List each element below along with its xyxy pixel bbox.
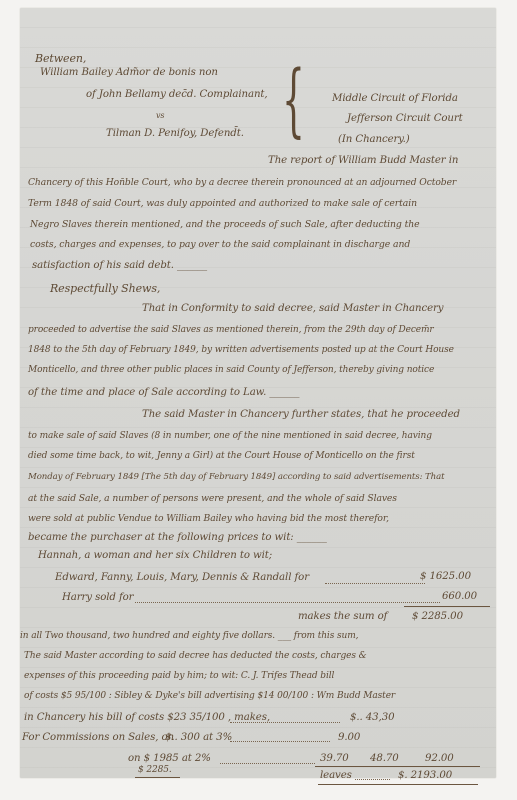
leader-dots	[230, 722, 340, 723]
deduction-line: in all Two thousand, two hundred and eig…	[20, 632, 358, 641]
body-line: The report of William Budd Master in	[268, 156, 458, 166]
commission-second-basis: on $ 1985 at 2%	[128, 754, 211, 764]
commission-label: For Commissions on Sales, on	[22, 733, 174, 743]
deduction-line: expenses of this proceeding paid by him;…	[24, 672, 334, 681]
leader-dots	[355, 779, 390, 780]
body-line: to make sale of said Slaves (8 in number…	[28, 432, 432, 441]
body-line: Monday of February 1849 [The 5th day of …	[28, 473, 444, 482]
body-line: of the time and place of Sale according …	[28, 388, 299, 398]
final-rule	[318, 784, 478, 785]
leader-dots	[220, 763, 315, 764]
sale-total-amount: $ 2285.00	[412, 612, 463, 622]
sale-item-label: Harry sold for	[62, 593, 133, 603]
court-name-line2: Jefferson Circuit Court	[347, 114, 463, 124]
grand-deduction: 92.00	[425, 754, 454, 764]
basis-rule	[135, 777, 180, 778]
court-name-line1: Middle Circuit of Florida	[332, 94, 458, 104]
deduction-line: of costs $5 95/100 : Sibley & Dyke's bil…	[24, 692, 395, 701]
caption-between: Between,	[35, 53, 86, 64]
sale-item-amount: $ 1625.00	[420, 572, 471, 582]
sale-item-amount: 660.00	[442, 592, 477, 602]
caption-versus: vs	[156, 112, 164, 120]
basis-total: $ 2285.	[138, 766, 172, 775]
respectfully-shews: Respectfully Shews,	[50, 283, 160, 294]
leaves-label: leaves	[320, 771, 352, 781]
costs-amount: $.. 43,30	[350, 713, 394, 723]
body-line: proceeded to advertise the said Slaves a…	[28, 326, 434, 335]
document-page: Between, William Bailey Adm̃or de bonis …	[20, 8, 496, 778]
body-line: became the purchaser at the following pr…	[28, 533, 327, 543]
body-line: Chancery of this Hon̄ble Court, who by a…	[28, 178, 456, 187]
sale-heading: Hannah, a woman and her six Children to …	[38, 551, 272, 561]
body-line: The said Master in Chancery further stat…	[142, 410, 460, 420]
body-line: costs, charges and expenses, to pay over…	[30, 240, 410, 249]
commission-first-amount: 9.00	[338, 733, 360, 743]
body-line: 1848 to the 5th day of February 1849, by…	[28, 346, 454, 355]
deduction-rule	[315, 766, 480, 767]
body-line: That in Conformity to said decree, said …	[142, 304, 443, 314]
court-name-line3: (In Chancery.)	[338, 135, 410, 145]
body-line: satisfaction of his said debt. ______	[32, 261, 207, 271]
leaves-amount: $. 2193.00	[398, 771, 452, 781]
leader-dots	[135, 602, 440, 603]
body-line: died some time back, to wit, Jenny a Gir…	[28, 452, 415, 461]
leader-dots	[325, 583, 425, 584]
body-line: Term 1848 of said Court, was duly appoin…	[28, 199, 417, 208]
commission-first-basis: $.. 300 at 3%	[165, 733, 232, 743]
body-line: Monticello, and three other public place…	[28, 366, 434, 375]
caption-complainant-line1: William Bailey Adm̃or de bonis non	[40, 68, 218, 78]
commission-total: 48.70	[370, 754, 399, 764]
body-line: Negro Slaves therein mentioned, and the …	[30, 220, 420, 229]
caption-complainant-line2: of John Bellamy dec̄d. Complainant,	[86, 90, 268, 100]
sum-rule	[404, 606, 490, 607]
commission-second-amount: 39.70	[320, 754, 349, 764]
caption-brace: {	[282, 60, 288, 160]
body-line: at the said Sale, a number of persons we…	[28, 494, 397, 503]
leader-dots	[230, 741, 330, 742]
deduction-line: The said Master according to said decree…	[24, 652, 367, 661]
body-line: were sold at public Vendue to William Ba…	[28, 514, 389, 523]
sale-total-label: makes the sum of	[298, 612, 387, 622]
sale-item-label: Edward, Fanny, Louis, Mary, Dennis & Ran…	[55, 573, 309, 583]
caption-defendant: Tilman D. Penifoy, Defend̄t.	[106, 129, 244, 139]
